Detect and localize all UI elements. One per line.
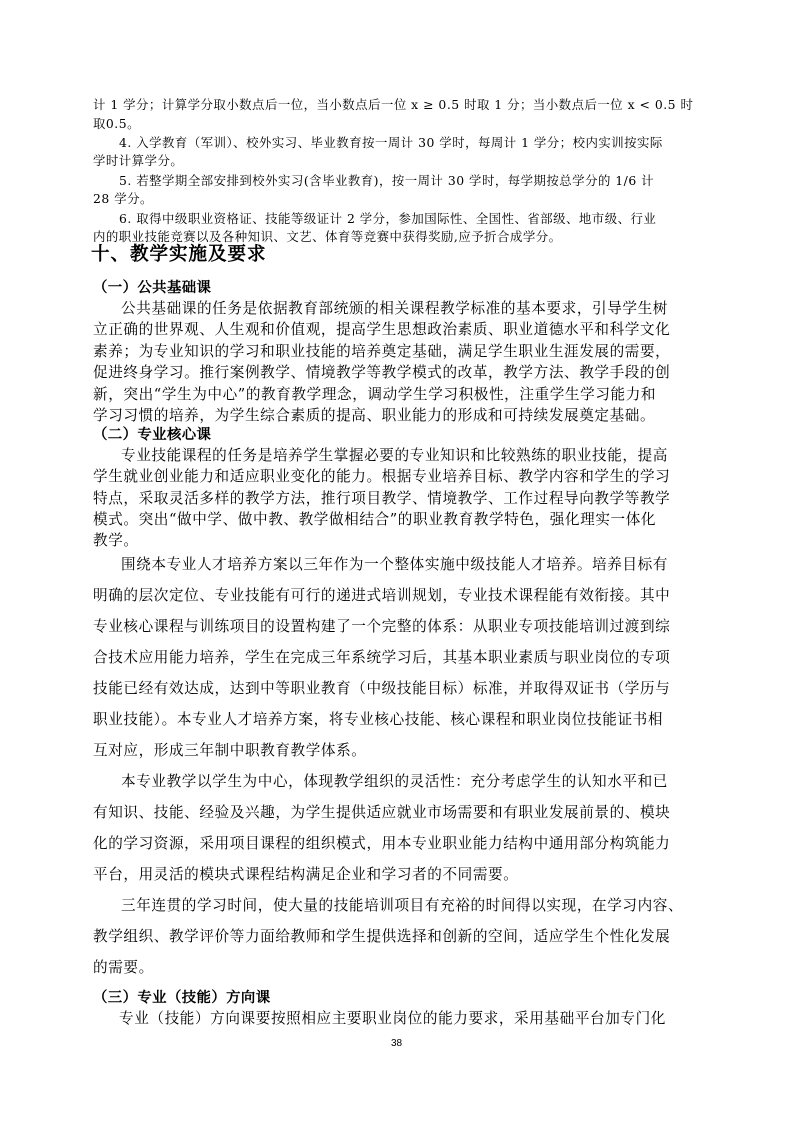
subsection-2-p2-line-4: 合技术应用能力培养，学生在完成三年系统学习后，其基本职业素质与职业岗位的专项: [93, 648, 699, 668]
subsection-2-p2-line-2: 明确的层次定位、专业技能有可行的递进式培训规划，专业技术课程能有效衔接。其中: [93, 586, 699, 606]
subsection-2-p1-line-5: 教学。: [93, 531, 699, 551]
subsection-1-line-5: 新，突出“学生为中心”的教育教学理念，调动学生学习积极性，注重学生学习能力和: [93, 385, 699, 405]
subsection-1-line-3: 素养；为专业知识的学习和职业技能的培养奠定基础，满足学生职业生涯发展的需要，: [93, 342, 699, 362]
subsection-1-line-4: 促进终身学习。推行案例教学、情境教学等教学模式的改革，教学方法、教学手段的创: [93, 363, 699, 383]
page-number: 38: [0, 1038, 793, 1049]
subsection-2-p2-line-1: 围绕本专业人才培养方案以三年作为一个整体实施中级技能人才培养。培养目标有: [121, 555, 727, 575]
intro-line-6: 28 学分。: [93, 190, 699, 208]
subsection-2-p4-line-1: 三年连贯的学习时间，使大量的技能培训项目有充裕的时间得以实现，在学习内容、: [121, 896, 727, 916]
subsection-2-p3-line-1: 本专业教学以学生为中心，体现教学组织的灵活性：充分考虑学生的认知水平和已: [121, 772, 727, 792]
intro-line-2: 取0.5。: [93, 115, 699, 133]
intro-line-4: 学时计算学分。: [93, 152, 699, 170]
subsection-2-p4-line-2: 教学组织、教学评价等力面给教师和学生提供选择和创新的空间，适应学生个性化发展: [93, 927, 699, 947]
subsection-1-title: （一）公共基础课: [93, 279, 211, 297]
intro-line-3: 4. 入学教育（军训）、校外实习、毕业教育按一周计 30 学时，每周计 1 学分…: [119, 134, 725, 152]
subsection-2-p1-line-2: 学生就业创业能力和适应职业变化的能力。根据专业培养目标、教学内容和学生的学习: [93, 467, 699, 487]
intro-line-5: 5. 若整学期全部安排到校外实习(含毕业教育)，按一周计 30 学时，每学期按总…: [119, 172, 725, 190]
subsection-2-p2-line-6: 职业技能）。本专业人才培养方案，将专业核心技能、核心课程和职业岗位技能证书相: [93, 710, 699, 730]
document-page: 计 1 学分；计算学分取小数点后一位，当小数点后一位 x ≥ 0.5 时取 1 …: [0, 0, 793, 1122]
subsection-3-title: （三）专业（技能）方向课: [93, 989, 271, 1007]
intro-line-1: 计 1 学分；计算学分取小数点后一位，当小数点后一位 x ≥ 0.5 时取 1 …: [93, 96, 699, 114]
intro-line-7: 6. 取得中级职业资格证、技能等级证计 2 学分，参加国际性、全国性、省部级、地…: [119, 210, 725, 228]
subsection-2-p1-line-1: 专业技能课程的任务是培养学生掌握必要的专业知识和比较熟练的职业技能，提高: [121, 446, 727, 466]
section-title: 十、教学实施及要求: [91, 244, 267, 266]
subsection-2-title: （二）专业核心课: [93, 426, 211, 444]
subsection-2-p1-line-4: 模式。突出“做中学、做中教、教学做相结合”的职业教育教学特色，强化理实一体化: [93, 510, 699, 530]
subsection-2-p4-line-3: 的需要。: [93, 958, 699, 978]
subsection-2-p3-line-2: 有知识、技能、经验及兴趣，为学生提供适应就业市场需要和有职业发展前景的、模块: [93, 803, 699, 823]
subsection-2-p2-line-7: 互对应，形成三年制中职教育教学体系。: [93, 741, 699, 761]
subsection-3-line-1: 专业（技能）方向课要按照相应主要职业岗位的能力要求，采用基础平台加专门化: [119, 1009, 725, 1029]
subsection-2-p2-line-5: 技能已经有效达成，达到中等职业教育（中级技能目标）标准，并取得双证书（学历与: [93, 679, 699, 699]
subsection-1-line-1: 公共基础课的任务是依据教育部统颁的相关课程教学标准的基本要求，引导学生树: [121, 299, 727, 319]
subsection-2-p3-line-3: 化的学习资源，采用项目课程的组织模式，用本专业职业能力结构中通用部分构筑能力: [93, 834, 699, 854]
subsection-1-line-6: 学习习惯的培养，为学生综合素质的提高、职业能力的形成和可持续发展奠定基础。: [93, 406, 699, 426]
subsection-2-p1-line-3: 特点，采取灵活多样的教学方法，推行项目教学、情境教学、工作过程导向教学等教学: [93, 489, 699, 509]
subsection-1-line-2: 立正确的世界观、人生观和价值观，提高学生思想政治素质、职业道德水平和科学文化: [93, 320, 699, 340]
subsection-2-p2-line-3: 专业核心课程与训练项目的设置构建了一个完整的体系：从职业专项技能培训过渡到综: [93, 617, 699, 637]
subsection-2-p3-line-4: 平台，用灵活的模块式课程结构满足企业和学习者的不同需要。: [93, 865, 699, 885]
